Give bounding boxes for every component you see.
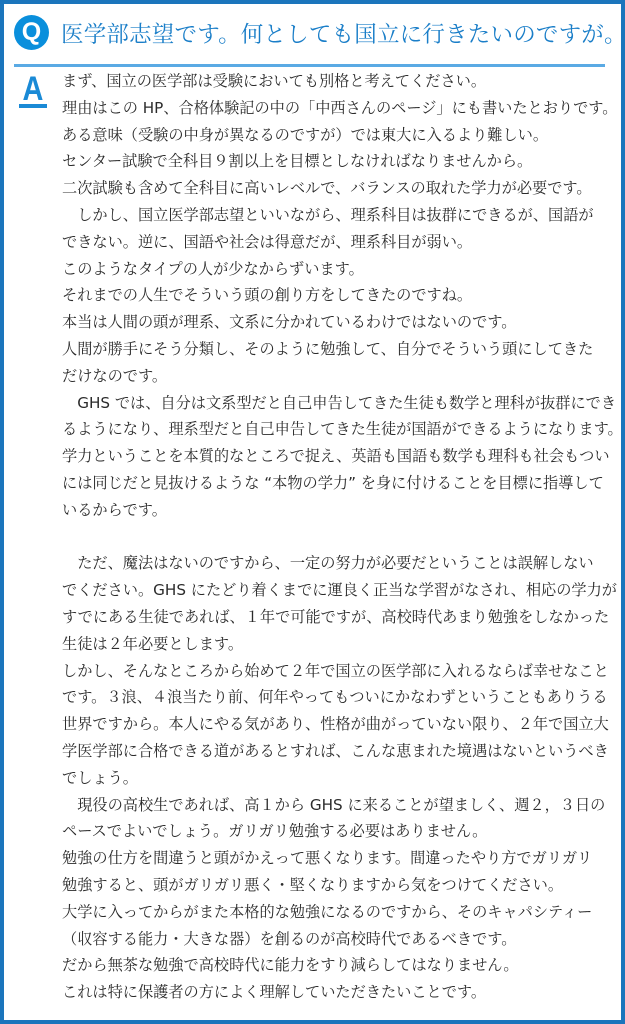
qa-frame: Q 医学部志望です。何としても国立に行きたいのですが。 A まず、国立の医学部は… bbox=[0, 0, 625, 1024]
answer-line: だけなのです。 bbox=[62, 363, 625, 390]
question-header: Q 医学部志望です。何としても国立に行きたいのですが。 bbox=[14, 15, 625, 50]
answer-line: です。３浪、４浪当たり前、何年やってもついにかなわずということもありうる bbox=[62, 684, 625, 711]
answer-line: これは特に保護者の方によく理解していただきたいことです。 bbox=[62, 979, 625, 1006]
answer-line: 勉強の仕方を間違うと頭がかえって悪くなります。間違ったやり方でガリガリ bbox=[62, 845, 625, 872]
question-badge-label: Q bbox=[22, 20, 41, 45]
answer-line: このようなタイプの人が少なからずいます。 bbox=[62, 256, 625, 283]
answer-line: 大学に入ってからがまた本格的な勉強になるのですから、そのキャパシティー bbox=[62, 899, 625, 926]
answer-line: いるからです。 bbox=[62, 497, 625, 524]
answer-line: 学力ということを本質的なところで捉え、英語も国語も数学も理科も社会もつい bbox=[62, 443, 625, 470]
answer-line: 理由はこの HP、合格体験記の中の「中西さんのページ」にも書いたとおりです。 bbox=[62, 95, 625, 122]
paragraph-gap bbox=[62, 524, 625, 551]
answer-badge-icon: A bbox=[16, 73, 50, 109]
answer-line: しかし、そんなところから始めて２年で国立の医学部に入れるならば幸せなこと bbox=[62, 658, 625, 685]
answer-line: それまでの人生でそういう頭の創り方をしてきたのですね。 bbox=[62, 282, 625, 309]
answer-line: ただ、魔法はないのですから、一定の努力が必要だということは誤解しない bbox=[62, 550, 625, 577]
answer-line: センター試験で全科目９割以上を目標としなければなりませんから。 bbox=[62, 148, 625, 175]
divider bbox=[14, 64, 605, 67]
answer-line: には同じだと見抜けるような “本物の学力” を身に付けることを目標に指導して bbox=[62, 470, 625, 497]
answer-line: すでにある生徒であれば、１年で可能ですが、高校時代あまり勉強をしなかった bbox=[62, 604, 625, 631]
answer-line: でください。GHS にたどり着くまでに運良く正当な学習がなされ、相応の学力が bbox=[62, 577, 625, 604]
answer-line: 勉強すると、頭がガリガリ悪く・堅くなりますから気をつけてください。 bbox=[62, 872, 625, 899]
answer-line: 本当は人間の頭が理系、文系に分かれているわけではないのです。 bbox=[62, 309, 625, 336]
answer-line: 人間が勝手にそう分類し、そのように勉強して、自分でそういう頭にしてきた bbox=[62, 336, 625, 363]
answer-line: できない。逆に、国語や社会は得意だが、理系科目が弱い。 bbox=[62, 229, 625, 256]
answer-line: 世界ですから。本人にやる気があり、性格が曲がっていない限り、２年で国立大 bbox=[62, 711, 625, 738]
answer-badge-underline bbox=[19, 104, 47, 108]
answer-line: （収容する能力・大きな器）を創るのが高校時代であるべきです。 bbox=[62, 926, 625, 953]
answer-line: 現役の高校生であれば、高１から GHS に来ることが望ましく、週２，３日の bbox=[62, 792, 625, 819]
question-badge-icon: Q bbox=[14, 15, 49, 50]
answer-line: ペースでよいでしょう。ガリガリ勉強する必要はありません。 bbox=[62, 818, 625, 845]
answer-line: まず、国立の医学部は受験においても別格と考えてください。 bbox=[62, 68, 625, 95]
answer-body: まず、国立の医学部は受験においても別格と考えてください。理由はこの HP、合格体… bbox=[62, 68, 625, 1006]
answer-line: ある意味（受験の中身が異なるのですが）では東大に入るより難しい。 bbox=[62, 122, 625, 149]
answer-line: 学医学部に合格できる道があるとすれば、こんな恵まれた境遇はないというべき bbox=[62, 738, 625, 765]
question-title: 医学部志望です。何としても国立に行きたいのですが。 bbox=[61, 17, 625, 49]
answer-line: でしょう。 bbox=[62, 765, 625, 792]
answer-line: るようになり、理系型だと自己申告してきた生徒が国語ができるようになります。 bbox=[62, 416, 625, 443]
answer-line: しかし、国立医学部志望といいながら、理系科目は抜群にできるが、国語が bbox=[62, 202, 625, 229]
answer-line: 生徒は２年必要とします。 bbox=[62, 631, 625, 658]
answer-badge-label: A bbox=[19, 73, 48, 105]
answer-line: 二次試験も含めて全科目に高いレベルで、バランスの取れた学力が必要です。 bbox=[62, 175, 625, 202]
answer-line: GHS では、自分は文系型だと自己申告してきた生徒も数学と理科が抜群にでき bbox=[62, 390, 625, 417]
answer-line: だから無茶な勉強で高校時代に能力をすり減らしてはなりません。 bbox=[62, 952, 625, 979]
